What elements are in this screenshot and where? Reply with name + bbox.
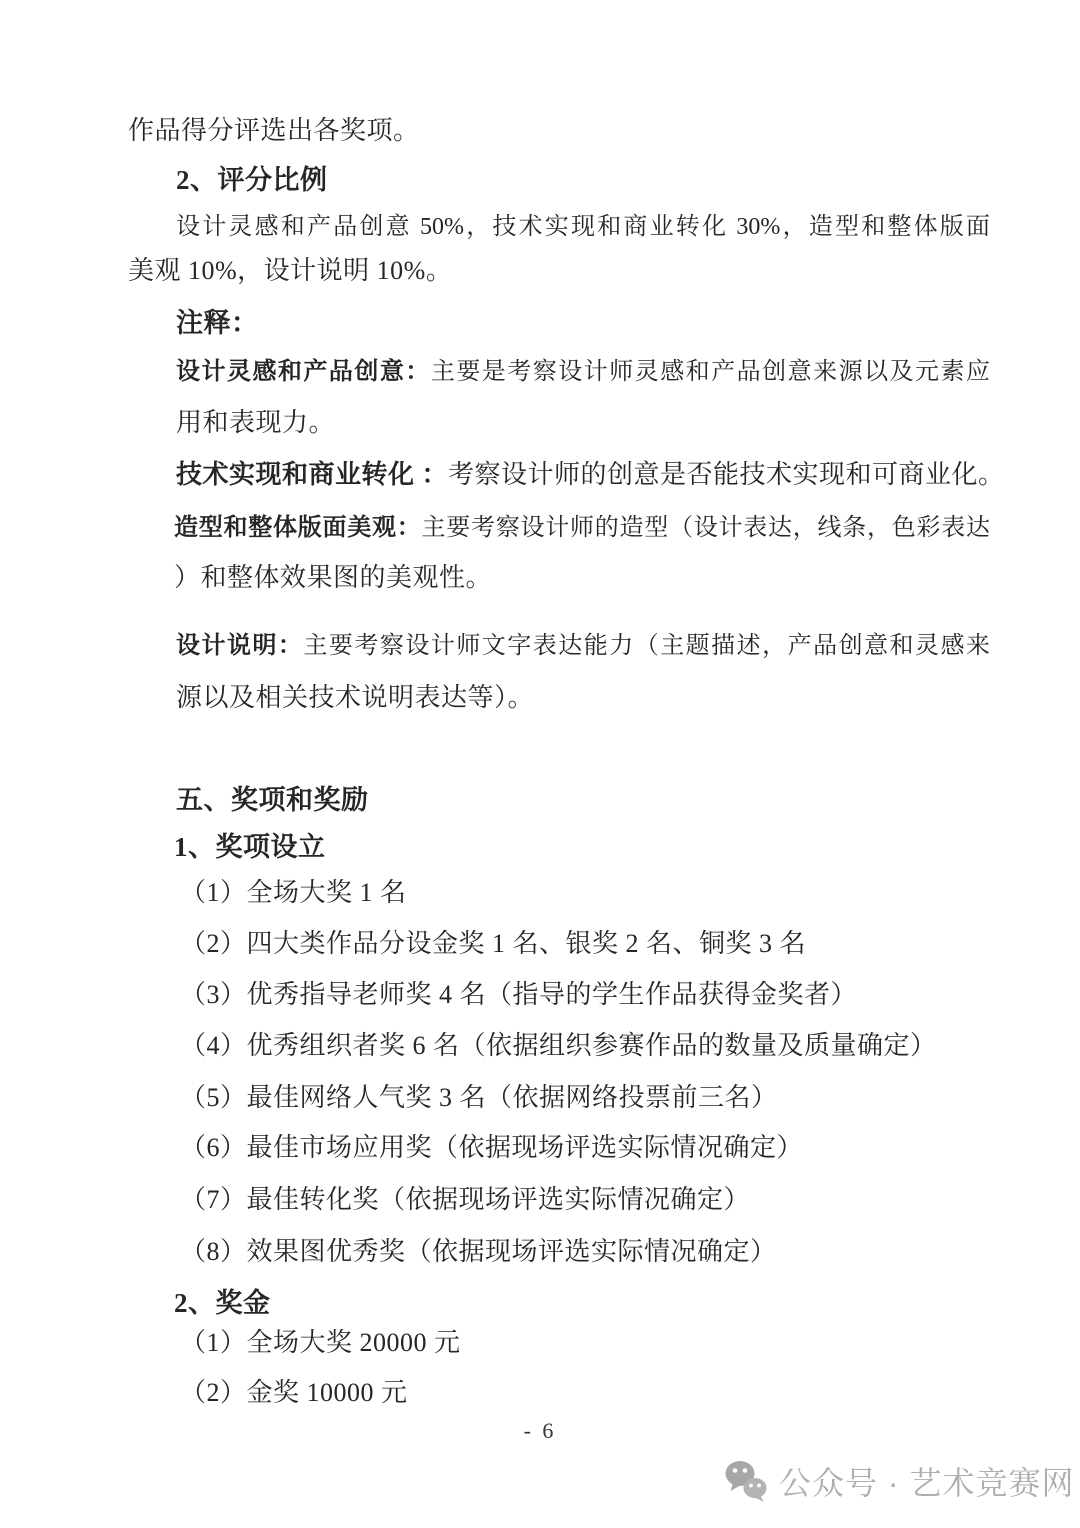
award-item-4: （4）优秀组织者奖 6 名（依据组织参赛作品的数量及质量确定） [180, 1029, 937, 1063]
note-styling-line1: 造型和整体版面美观：主要考察设计师的造型（设计表达，线条，色彩表达 [174, 511, 990, 545]
watermark-text: 公众号 · 艺术竞赛网 [779, 1458, 1074, 1504]
award-item-2: （2）四大类作品分设金奖 1 名、银奖 2 名、铜奖 3 名 [180, 927, 806, 961]
page-number: - 6 [0, 1418, 1080, 1444]
award-item-5: （5）最佳网络人气奖 3 名（依据网络投票前三名） [180, 1081, 778, 1115]
heading-prize-money: 2、奖金 [174, 1286, 271, 1320]
award-item-3: （3）优秀指导老师奖 4 名（指导的学生作品获得金奖者） [180, 978, 857, 1012]
heading-scoring-ratio: 2、评分比例 [176, 163, 328, 197]
note-description-line1: 设计说明：主要考察设计师文字表达能力（主题描述，产品创意和灵感来 [176, 629, 990, 663]
scoring-ratio-line2: 美观 10%，设计说明 10%。 [128, 254, 452, 288]
note-inspiration-line1: 设计灵感和产品创意：主要是考察设计师灵感和产品创意来源以及元素应 [176, 355, 990, 389]
wechat-icon [724, 1459, 768, 1503]
watermark: 公众号 · 艺术竞赛网 [724, 1458, 1074, 1504]
heading-award-setup: 1、奖项设立 [174, 830, 326, 864]
award-item-1: （1）全场大奖 1 名 [180, 876, 407, 910]
note-description-line2: 源以及相关技术说明表达等）。 [176, 681, 534, 715]
para-tail-previous-page: 作品得分评选出各奖项。 [128, 114, 420, 148]
note-inspiration-line2: 用和表现力。 [176, 406, 335, 440]
award-item-7: （7）最佳转化奖（依据现场评选实际情况确定） [180, 1183, 750, 1217]
note-styling-line2: ）和整体效果图的美观性。 [174, 561, 492, 595]
heading-notes: 注释： [176, 306, 259, 340]
note-technical: 技术实现和商业转化 ：考察设计师的创意是否能技术实现和可商业化。 [176, 458, 1005, 492]
prize-item-2: （2）金奖 10000 元 [180, 1376, 408, 1410]
prize-item-1: （1）全场大奖 20000 元 [180, 1326, 461, 1360]
scoring-ratio-line1: 设计灵感和产品创意 50%，技术实现和商业转化 30%，造型和整体版面 [176, 210, 990, 244]
award-item-8: （8）效果图优秀奖（依据现场评选实际情况确定） [180, 1235, 777, 1269]
document-page: 作品得分评选出各奖项。2、评分比例设计灵感和产品创意 50%，技术实现和商业转化… [0, 0, 1080, 1528]
award-item-6: （6）最佳市场应用奖（依据现场评选实际情况确定） [180, 1131, 803, 1165]
heading-awards-section: 五、奖项和奖励 [176, 783, 369, 817]
